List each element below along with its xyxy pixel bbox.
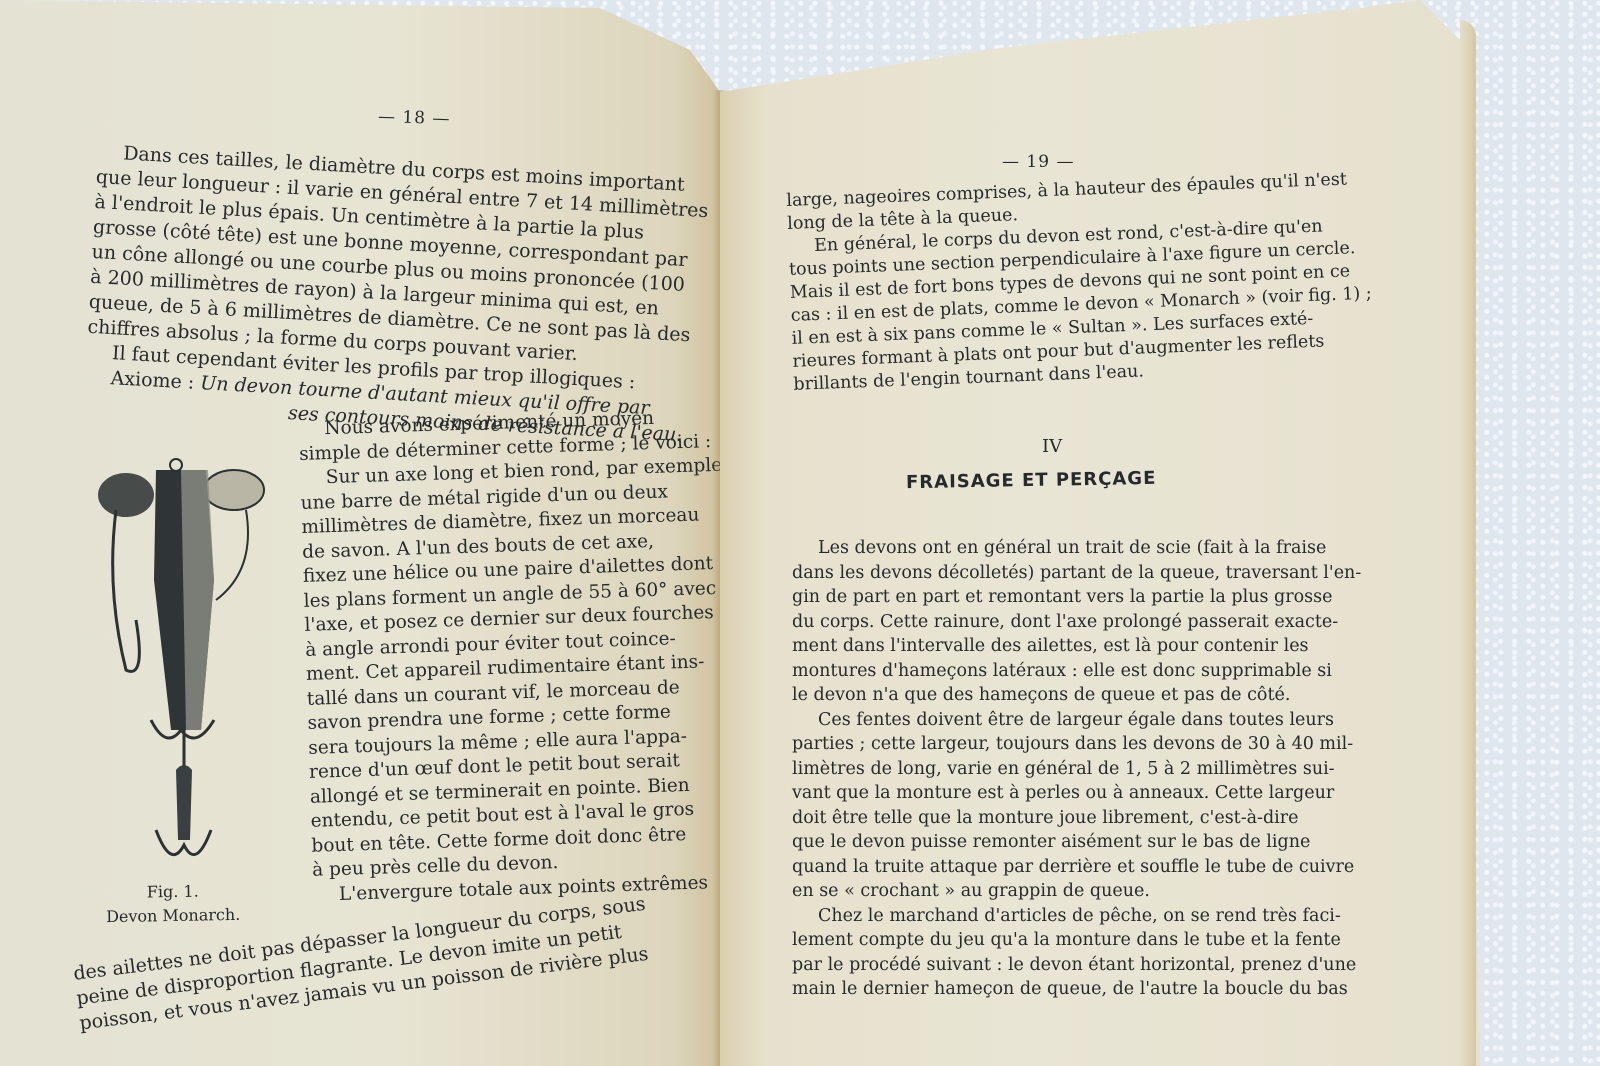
text-line: le devon n'a que des hameçons de queue e… xyxy=(792,683,1361,708)
text-line: du corps. Cette rainure, dont l'axe prol… xyxy=(792,610,1361,635)
text-line: en se « crochant » au grappin de queue. xyxy=(792,879,1361,904)
figure-caption-text: Devon Monarch. xyxy=(88,903,258,930)
paragraph-top: Dans ces tailles, le diamètre du corps e… xyxy=(83,140,711,449)
page-number: — 18 — xyxy=(378,107,451,130)
text-line: gin de part en part et remontant vers la… xyxy=(792,585,1361,610)
open-book: — 18 — Dans ces tailles, le diamètre du … xyxy=(0,0,1600,1066)
text-line: Ces fentes doivent être de largeur égale… xyxy=(792,708,1361,733)
figure-caption: Fig. 1. Devon Monarch. xyxy=(88,879,259,930)
axiom-label: Axiome : xyxy=(110,367,195,394)
text-line: main le dernier hameçon de queue, de l'a… xyxy=(792,977,1361,1002)
figure-label: Fig. 1. xyxy=(88,879,258,906)
text-line: parties ; cette largeur, toujours dans l… xyxy=(792,732,1361,757)
text-line: par le procédé suivant : le devon étant … xyxy=(792,953,1361,978)
text-line: quand la truite attaque par derrière et … xyxy=(792,855,1361,880)
text-line: doit être telle que la monture joue libr… xyxy=(792,806,1361,831)
left-page: — 18 — Dans ces tailles, le diamètre du … xyxy=(0,0,720,1066)
right-page: — 19 — large, nageoires comprises, à la … xyxy=(720,0,1480,1066)
text-line: Chez le marchand d'articles de pêche, on… xyxy=(792,904,1361,929)
text-line: vant que la monture est à perles ou à an… xyxy=(792,781,1361,806)
text-line: dans les devons décolletés) partant de l… xyxy=(792,561,1361,586)
paragraph-beside-figure: Nous avons expérimenté un moyen simple d… xyxy=(298,405,720,908)
chapter-number: IV xyxy=(1042,436,1062,457)
chapter-title: FRAISAGE ET PERÇAGE xyxy=(906,468,1157,493)
text-line: lement compte du jeu qu'a la monture dan… xyxy=(792,928,1361,953)
paragraph-body: Les devons ont en général un trait de sc… xyxy=(792,536,1361,1002)
text-line: que le devon puisse remonter aisément su… xyxy=(792,830,1361,855)
text-line: montures d'hameçons latéraux : elle est … xyxy=(792,659,1361,684)
text-line: Les devons ont en général un trait de sc… xyxy=(792,536,1361,561)
text-line: limètres de long, varie en général de 1,… xyxy=(792,757,1361,782)
devon-monarch-illustration xyxy=(96,440,266,870)
paragraph-top: large, nageoires comprises, à la hauteur… xyxy=(786,168,1375,397)
page-stack-edge xyxy=(1460,20,1476,1066)
page-number: — 19 — xyxy=(1002,152,1074,172)
text-line: ment dans l'intervalle des ailettes, est… xyxy=(792,634,1361,659)
